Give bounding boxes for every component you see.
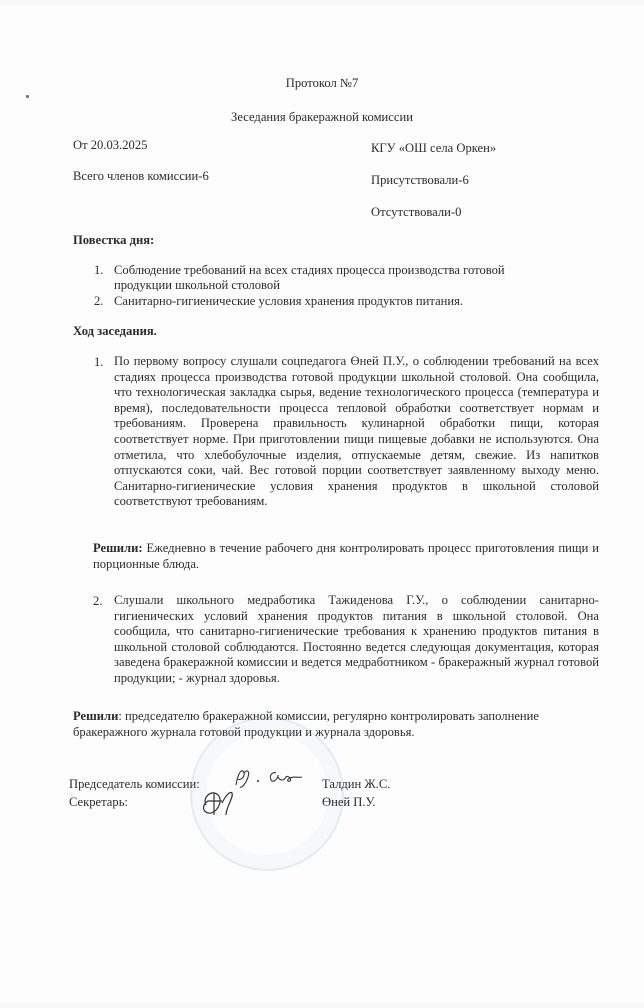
present-count: Присутствовали-6 xyxy=(371,173,469,188)
decision-1: Решили: Ежедневно в течение рабочего дня… xyxy=(93,541,599,572)
proceedings-item-1: По первому вопросу слушали соцпедагога Ө… xyxy=(114,354,599,510)
document-subtitle: Зеседания бракеражной комиссии xyxy=(0,110,644,125)
scan-speck xyxy=(26,95,29,98)
agenda-item-1-line2: продукции школьной столовой xyxy=(114,278,280,293)
agenda-item-number: 2. xyxy=(94,294,103,309)
organization-name: КГУ «ОШ села Оркен» xyxy=(371,141,496,156)
decision-1-label: Решили: xyxy=(93,541,143,555)
members-total: Всего членов комиссии-6 xyxy=(73,169,209,184)
agenda-item-2: Санитарно-гигиенические условия хранения… xyxy=(114,294,463,309)
absent-count: Отсутствовали-0 xyxy=(371,205,461,220)
meeting-date: От 20.03.2025 xyxy=(73,138,147,153)
agenda-item-1-line1: Соблюдение требований на всех стадиях пр… xyxy=(114,263,505,278)
proceedings-heading: Ход заседания. xyxy=(73,324,157,339)
secretary-label: Секретарь: xyxy=(69,795,128,810)
proceedings-item-number: 1. xyxy=(94,355,103,370)
decision-2: Решили: председателю бракеражной комисси… xyxy=(73,709,593,740)
chair-label: Председатель комиссии: xyxy=(69,777,200,792)
agenda-heading: Повестка дня: xyxy=(73,233,154,248)
secretary-name: Өней П.У. xyxy=(322,795,376,810)
proceedings-item-2: Слушали школьного медработика Тажиденова… xyxy=(114,593,599,687)
secretary-signature xyxy=(196,785,256,821)
proceedings-item-number: 2. xyxy=(93,594,102,609)
agenda-item-number: 1. xyxy=(94,263,103,278)
decision-1-text: Ежедневно в течение рабочего дня контрол… xyxy=(93,541,599,571)
decision-2-label: Решили xyxy=(73,709,118,723)
document-title: Протокол №7 xyxy=(0,76,644,91)
chair-name: Талдин Ж.С. xyxy=(322,777,390,792)
document-page: Протокол №7 Зеседания бракеражной комисс… xyxy=(0,5,644,1003)
